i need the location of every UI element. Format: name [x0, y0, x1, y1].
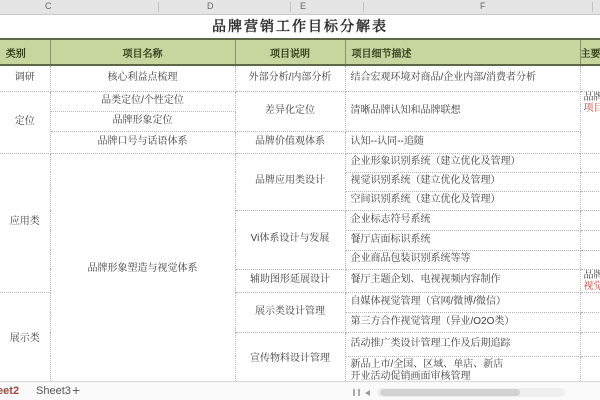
cell-brand-values[interactable]: 品牌价值观体系 [235, 131, 345, 153]
cell-empty[interactable] [580, 65, 600, 91]
cell-packaging-system[interactable]: 企业商品包装识别系统等等 [345, 250, 580, 269]
header-project-desc-cell[interactable]: 项目说明 [235, 39, 345, 65]
header-category-cell[interactable]: 类别 [0, 39, 50, 65]
cell-aux-graphic-design[interactable]: 辅助图形延展设计 [235, 269, 345, 292]
cell-differentiated-positioning[interactable]: 差异化定位 [235, 91, 345, 131]
table-row: 品牌口号与话语体系 品牌价值观体系 认知--认同--追随 [0, 131, 600, 153]
cell-side-note-2[interactable]: 品牌 视觉 [580, 269, 600, 292]
cell-empty[interactable] [580, 230, 600, 250]
sheet-tab-sheet3[interactable]: Sheet3 [36, 384, 71, 399]
cell-empty[interactable] [580, 292, 600, 312]
cell-display-design-mgmt[interactable]: 展示类设计管理 [235, 292, 345, 332]
spreadsheet-window: C D E F 品牌营销工作目标分解表 类别 项目名称 项目说明 项目细节描述 … [0, 0, 600, 400]
sheet-tab-sheet2[interactable]: Sheet2 [0, 384, 26, 399]
horizontal-scrollbar-thumb[interactable] [380, 389, 520, 396]
column-separator [290, 2, 291, 12]
cell-core-benefit[interactable]: 核心利益点梳理 [50, 65, 235, 91]
pane-split-handle-icon[interactable] [353, 389, 355, 396]
cell-category-application[interactable]: 应用类 [0, 153, 50, 292]
column-separator [158, 2, 159, 12]
header-category-label: 类别 [6, 45, 26, 60]
goal-breakdown-table: 类别 项目名称 项目说明 项目细节描述 主要 调研 核心利益点梳理 外部分析/内… [0, 38, 600, 387]
cell-slogan-system[interactable]: 品牌口号与话语体系 [50, 131, 235, 153]
cell-ci-system[interactable]: 企业形象识别系统（建立优化及管理） [345, 153, 580, 172]
column-header-strip: C D E F [0, 0, 600, 15]
column-header-c[interactable]: C [45, 1, 52, 11]
column-header-e[interactable]: E [300, 1, 306, 11]
cell-brand-image-positioning[interactable]: 品牌形象定位 [50, 111, 235, 131]
side-note-red-text: 视觉 [584, 281, 600, 292]
cell-category-research[interactable]: 调研 [0, 65, 50, 91]
table-row: 应用类 品牌形象塑造与视觉体系 品牌应用类设计 企业形象识别系统（建立优化及管理… [0, 153, 600, 172]
column-header-f[interactable]: F [480, 1, 486, 11]
cell-storefront-system[interactable]: 餐厅店面标识系统 [345, 230, 580, 250]
cell-category-display[interactable]: 展示类 [0, 292, 50, 386]
header-project-name-cell[interactable]: 项目名称 [50, 39, 235, 65]
sheet-tab-bar: Sheet2 Sheet3 + [0, 381, 600, 400]
header-project-detail-cell[interactable]: 项目细节描述 [345, 39, 580, 65]
cell-empty[interactable] [580, 250, 600, 269]
cell-vi-system-design[interactable]: Vi体系设计与发展 [235, 210, 345, 269]
cell-visual-system[interactable]: 品牌形象塑造与视觉体系 [50, 153, 235, 386]
column-separator [592, 2, 593, 12]
cell-brand-cognition[interactable]: 清晰品牌认知和品牌联想 [345, 91, 580, 131]
cell-self-media-visual[interactable]: 自媒体视觉管理（官网/微博/微信） [345, 292, 580, 312]
cell-third-party-visual[interactable]: 第三方合作视觉管理（异业/O2O类） [345, 312, 580, 332]
cell-empty[interactable] [580, 210, 600, 230]
cell-side-note-1[interactable]: 品牌 项目 [580, 91, 600, 153]
cell-cognition-follow[interactable]: 认知--认同--追随 [345, 131, 580, 153]
table-row: 定位 品类定位/个性定位 差异化定位 清晰品牌认知和品牌联想 品牌 项目 [0, 91, 600, 111]
add-sheet-button[interactable]: + [72, 382, 80, 398]
table-header-row: 类别 项目名称 项目说明 项目细节描述 主要 [0, 39, 600, 65]
side-note-text: 品牌 [584, 92, 600, 103]
header-extra-cell[interactable]: 主要 [580, 39, 600, 65]
cell-empty[interactable] [580, 191, 600, 210]
cell-brand-application-design[interactable]: 品牌应用类设计 [235, 153, 345, 210]
cell-space-identity-system[interactable]: 空间识别系统（建立优化及管理） [345, 191, 580, 210]
sheet-tab-label: Sheet2 [0, 384, 19, 399]
cell-category-personality-positioning[interactable]: 品类定位/个性定位 [50, 91, 235, 111]
cell-macro-analysis[interactable]: 结合宏观环境对商品/企业内部/消费者分析 [345, 65, 580, 91]
side-note-text: 品牌 [584, 270, 600, 281]
cell-logo-symbol-system[interactable]: 企业标志符号系统 [345, 210, 580, 230]
cell-visual-identity-system[interactable]: 视觉识别系统（建立优化及管理） [345, 172, 580, 191]
cell-line-1: 新品上市/全国、区域、单店、新店 [351, 359, 578, 372]
column-header-d[interactable]: D [207, 1, 214, 11]
title-row: 品牌营销工作目标分解表 [0, 15, 600, 38]
cell-empty[interactable] [580, 172, 600, 191]
cell-promo-tracking[interactable]: 活动推广类设计管理工作及后期追踪 [345, 332, 580, 356]
page-title: 品牌营销工作目标分解表 [0, 15, 600, 38]
cell-promo-material-mgmt[interactable]: 宣传物料设计管理 [235, 332, 345, 386]
scroll-left-icon[interactable] [365, 390, 370, 396]
side-note-red-text: 项目 [584, 103, 600, 114]
cell-empty[interactable] [580, 153, 600, 172]
cell-analysis[interactable]: 外部分析/内部分析 [235, 65, 345, 91]
table-row: 调研 核心利益点梳理 外部分析/内部分析 结合宏观环境对商品/企业内部/消费者分… [0, 65, 600, 91]
pane-split-handle-icon[interactable] [358, 389, 360, 396]
cell-empty[interactable] [580, 332, 600, 356]
cell-category-positioning[interactable]: 定位 [0, 91, 50, 153]
cell-empty[interactable] [580, 312, 600, 332]
column-separator [363, 2, 364, 12]
cell-theme-planning[interactable]: 餐厅主题企划、电视视频内容制作 [345, 269, 580, 292]
